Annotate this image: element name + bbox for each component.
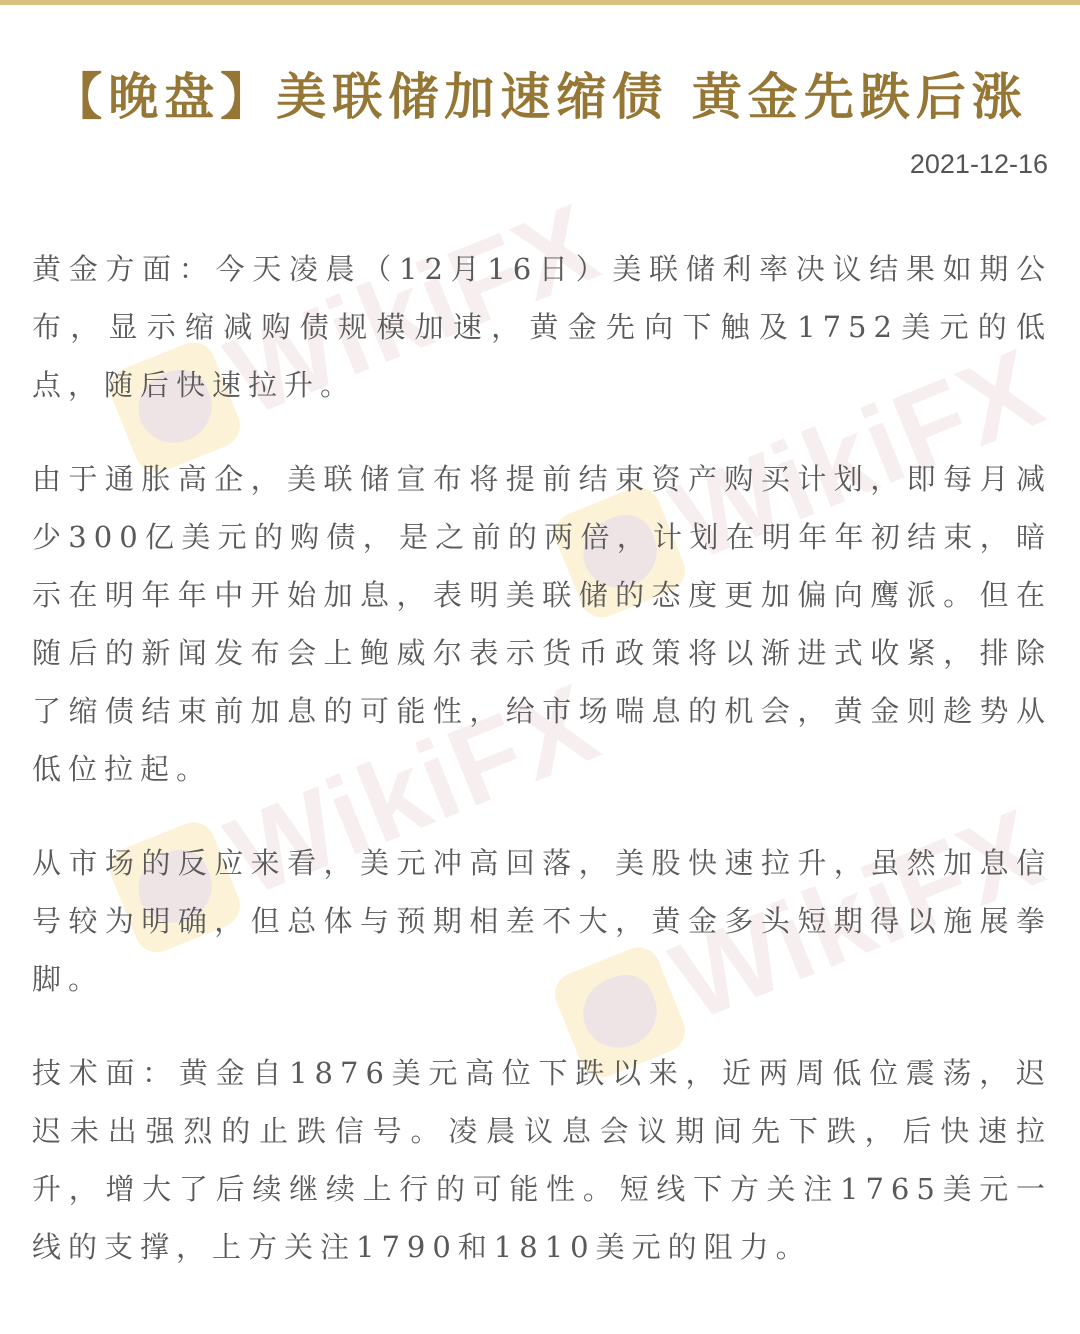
article-body: 黄金方面：今天凌晨（12月16日）美联储利率决议结果如期公布，显示缩减购债规模加… — [32, 240, 1052, 1312]
paragraph-market-reaction: 从市场的反应来看，美元冲高回落，美股快速拉升，虽然加息信号较为明确，但总体与预期… — [32, 834, 1052, 1008]
paragraph-technical-analysis: 技术面：黄金自1876美元高位下跌以来，近两周低位震荡，迟迟未出强烈的止跌信号。… — [32, 1044, 1052, 1276]
paragraph-fed-decision: 由于通胀高企，美联储宣布将提前结束资产购买计划，即每月减少300亿美元的购债，是… — [32, 450, 1052, 798]
top-accent-bar — [0, 0, 1080, 5]
article-title: 【晚盘】美联储加速缩债 黄金先跌后涨 — [0, 62, 1080, 132]
article-date: 2021-12-16 — [910, 146, 1048, 182]
paragraph-gold-overview: 黄金方面：今天凌晨（12月16日）美联储利率决议结果如期公布，显示缩减购债规模加… — [32, 240, 1052, 414]
